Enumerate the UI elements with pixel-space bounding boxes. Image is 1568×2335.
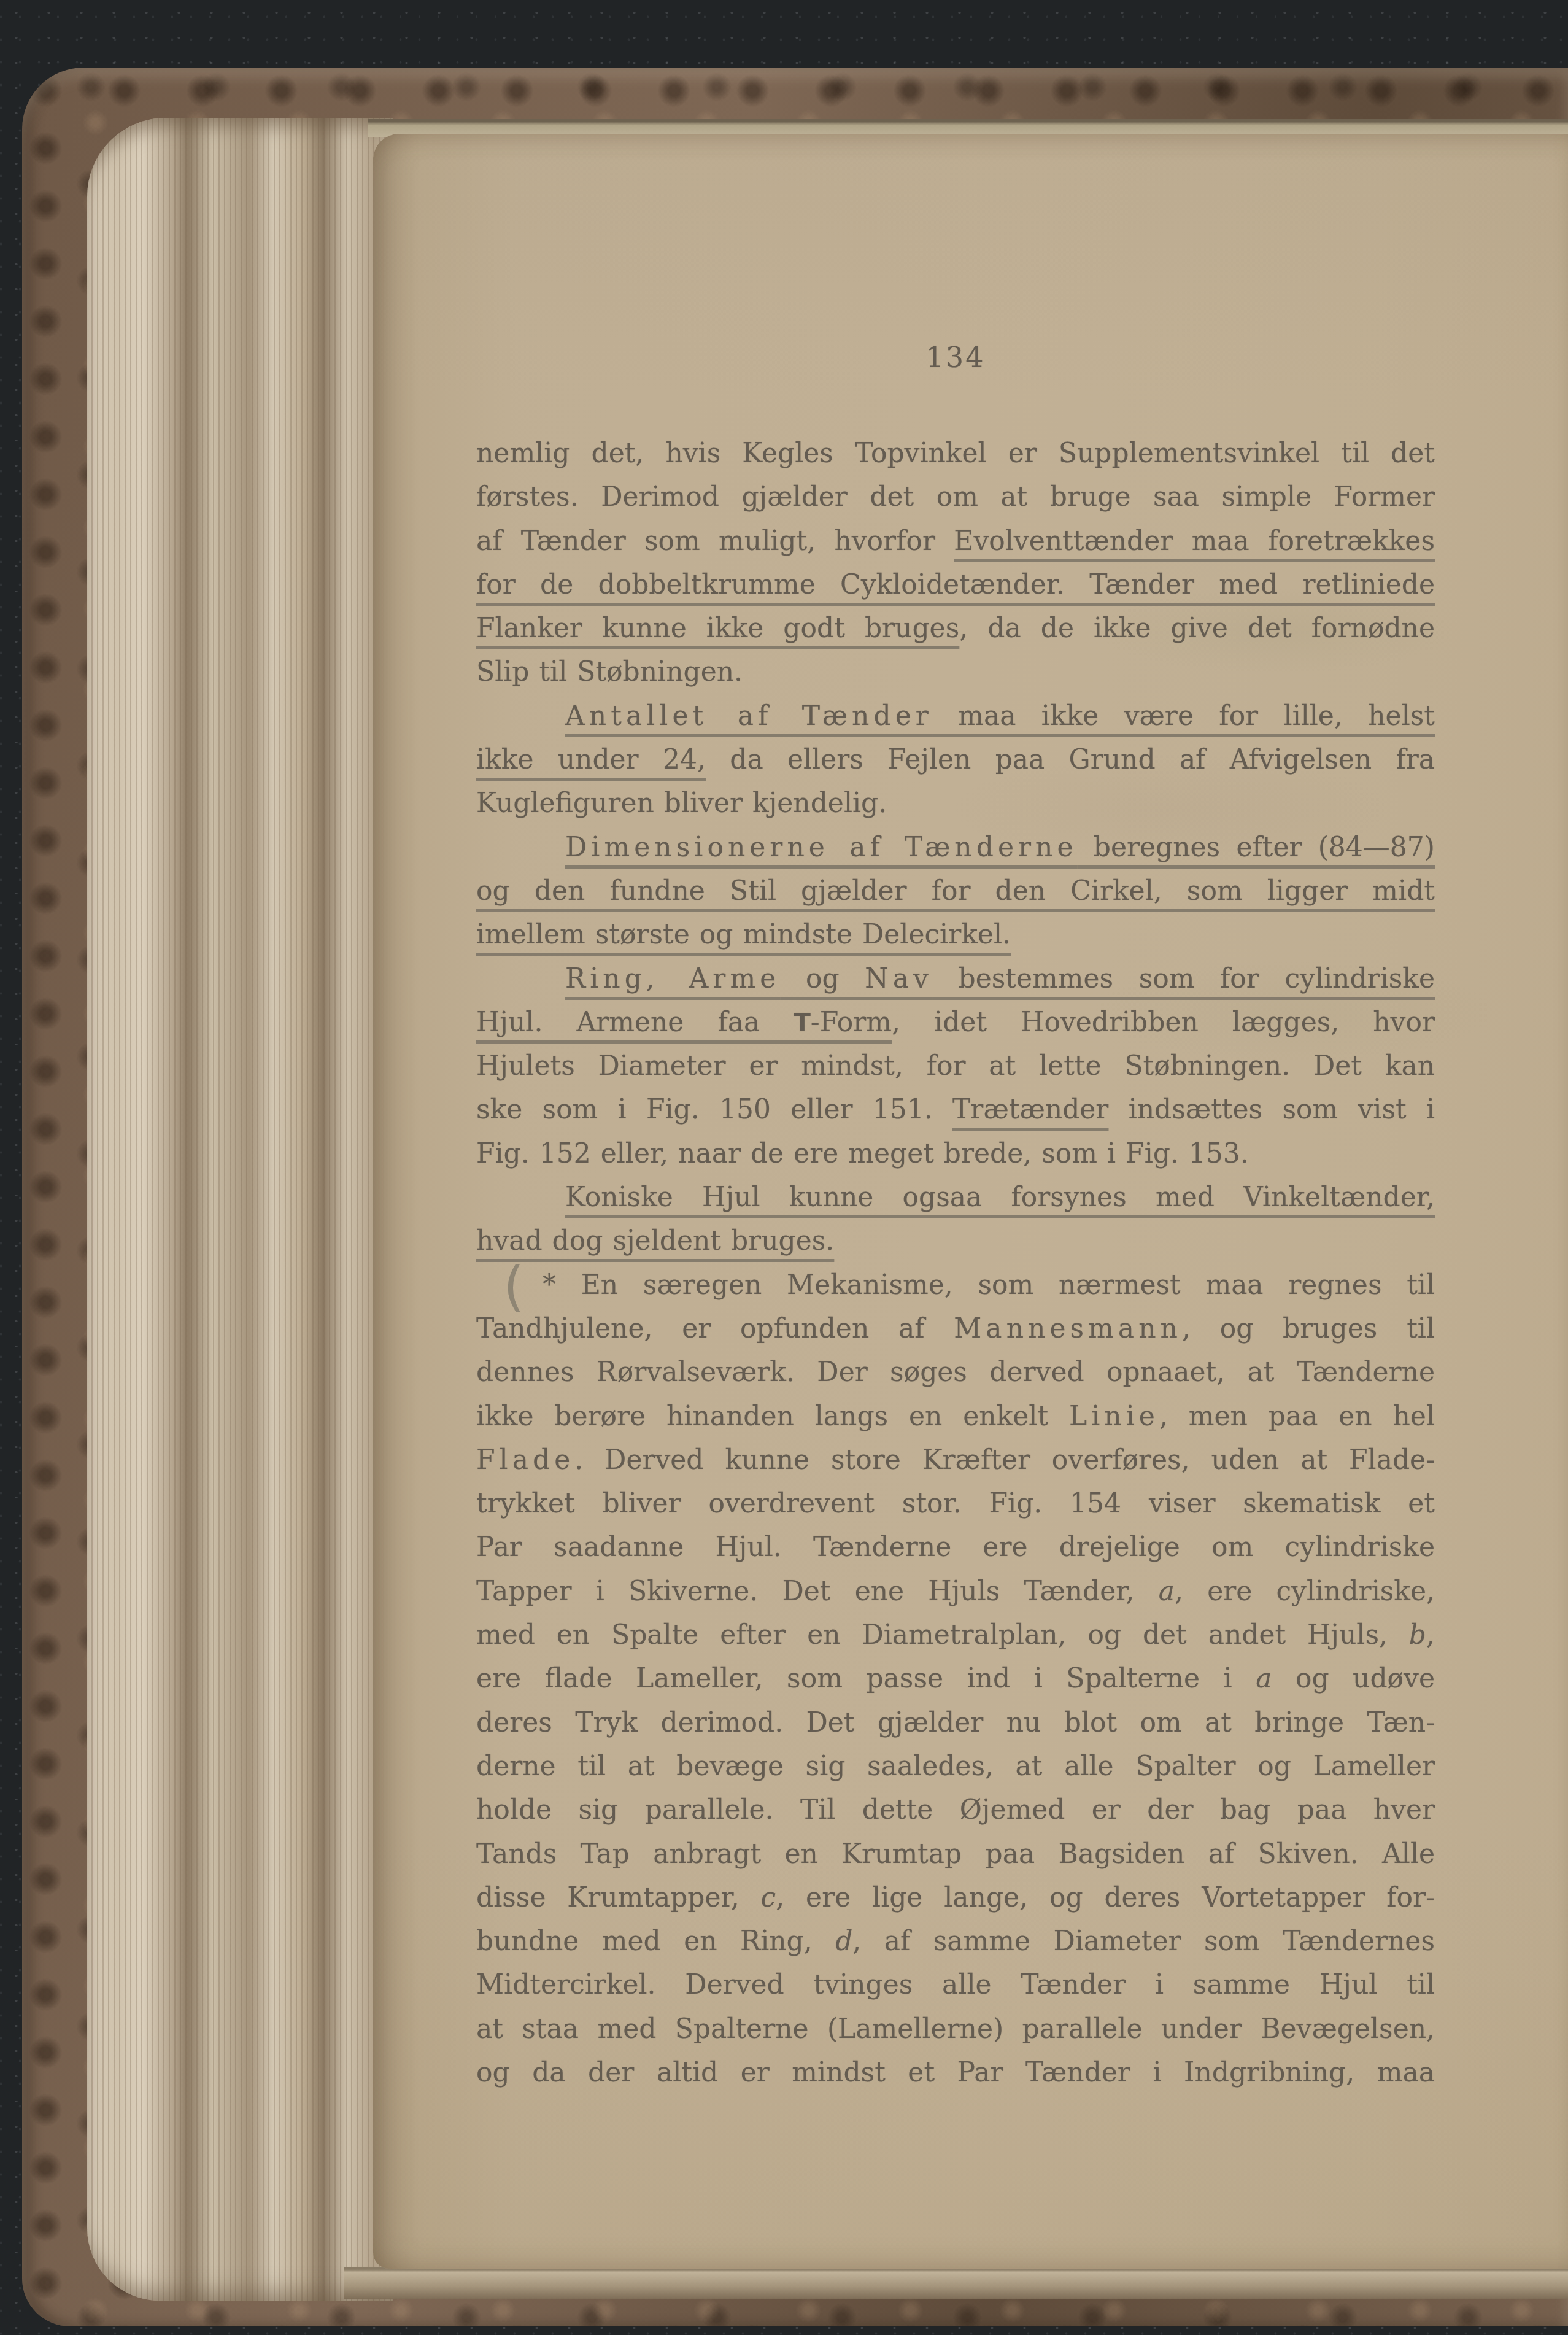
text-segment: ere flade Lameller, som passe ind i Spal… bbox=[476, 1663, 1256, 1694]
text-line: trykket bliver overdrevent stor. Fig. 15… bbox=[476, 1482, 1435, 1525]
text-line: derne til at bevæge sig saaledes, at all… bbox=[476, 1744, 1435, 1788]
text-segment: og udøve bbox=[1272, 1663, 1435, 1694]
text-segment: Slip til Støbningen. bbox=[476, 656, 743, 687]
text-segment: a bbox=[1159, 1576, 1175, 1607]
text-segment: disse Krumtapper, bbox=[476, 1882, 761, 1913]
text-segment: , ere cylindriske, bbox=[1175, 1576, 1435, 1607]
page-number: 134 bbox=[476, 341, 1435, 373]
text-segment: , bbox=[1426, 1619, 1435, 1651]
text-line: Ring, Arme og Nav bestemmes som for cyli… bbox=[476, 957, 1435, 1001]
text-segment: ikke under 24, bbox=[476, 744, 706, 775]
text-line: imellem største og mindste Delecirkel. bbox=[476, 913, 1435, 956]
text-segment: a bbox=[1256, 1663, 1272, 1694]
text-segment: Nav bbox=[865, 963, 933, 994]
text-line: Hjulets Diameter er mindst, for at lette… bbox=[476, 1044, 1435, 1088]
text-segment: Evolventtænder maa foretrækkes bbox=[954, 525, 1435, 557]
text-segment: og da der altid er mindst et Par Tænder … bbox=[476, 2057, 1435, 2088]
text-line: Midtercirkel. Derved tvinges alle Tænder… bbox=[476, 1963, 1435, 2007]
text-line: ikke under 24, da ellers Fejlen paa Grun… bbox=[476, 738, 1435, 781]
text-line: Fig. 152 eller, naar de ere meget brede,… bbox=[476, 1132, 1435, 1175]
text-segment: imellem største og mindste Delecirkel. bbox=[476, 919, 1011, 950]
text-segment: dennes Rørvalseværk. Der søges derved op… bbox=[476, 1357, 1435, 1388]
page-content: 134 nemlig det, hvis Kegles Topvinkel er… bbox=[476, 134, 1435, 2094]
text-segment: c bbox=[761, 1882, 776, 1913]
text-line: at staa med Spalterne (Lamellerne) paral… bbox=[476, 2007, 1435, 2051]
text-segment: Mannesmann bbox=[954, 1313, 1182, 1344]
text-segment: derne til at bevæge sig saaledes, at all… bbox=[476, 1751, 1435, 1782]
text-line: holde sig parallele. Til dette Øjemed er… bbox=[476, 1788, 1435, 1832]
text-line: Tandhjulene, er opfunden af Mannesmann, … bbox=[476, 1307, 1435, 1350]
text-segment: Linie bbox=[1069, 1401, 1159, 1432]
text-segment: nemlig det, hvis Kegles Topvinkel er Sup… bbox=[476, 438, 1435, 469]
text-segment: , ere lige lange, og deres Vortetapper f… bbox=[776, 1882, 1435, 1913]
text-segment: Antallet af Tænder bbox=[565, 700, 933, 732]
text-segment: , og bruges til bbox=[1182, 1313, 1435, 1344]
text-segment: Koniske Hjul kunne ogsaa forsynes med Vi… bbox=[565, 1182, 1435, 1213]
text-segment: Hjulets Diameter er mindst, for at lette… bbox=[476, 1050, 1435, 1082]
text-line: for de dobbeltkrumme Cykloidetænder. Tæn… bbox=[476, 563, 1435, 606]
text-segment: , idet Hovedribben lægges, hvor bbox=[892, 1007, 1435, 1038]
text-segment: Midtercirkel. Derved tvinges alle Tænder… bbox=[476, 1969, 1435, 2000]
text-segment: -Form bbox=[811, 1007, 892, 1038]
text-segment: , da de ikke give det fornødne bbox=[959, 613, 1435, 644]
text-segment: beregnes efter (84—87) bbox=[1078, 832, 1435, 863]
text-line: Dimensionerne af Tænderne beregnes efter… bbox=[476, 826, 1435, 869]
text-line: af Tænder som muligt, hvorfor Evolventtæ… bbox=[476, 519, 1435, 563]
text-segment: og den fundne Stil gjælder for den Cirke… bbox=[476, 875, 1435, 907]
text-line: ere flade Lameller, som passe ind i Spal… bbox=[476, 1657, 1435, 1700]
text-line: og da der altid er mindst et Par Tænder … bbox=[476, 2051, 1435, 2094]
text-segment: Flade bbox=[476, 1444, 574, 1476]
text-line: ikke berøre hinanden langs en enkelt Lin… bbox=[476, 1395, 1435, 1438]
text-segment: d bbox=[835, 1926, 852, 1957]
text-segment: Trætænder bbox=[952, 1094, 1108, 1125]
text-segment: med en Spalte efter en Diametralplan, og… bbox=[476, 1619, 1409, 1651]
text-line: (* En særegen Mekanisme, som nærmest maa… bbox=[476, 1263, 1435, 1307]
text-line: førstes. Derimod gjælder det om at bruge… bbox=[476, 475, 1435, 519]
text-segment: Tandhjulene, er opfunden af bbox=[476, 1313, 954, 1344]
text-segment: Ring, Arme bbox=[565, 963, 780, 994]
text-segment: Flanker kunne ikke godt bruges bbox=[476, 613, 959, 644]
text-line: Antallet af Tænder maa ikke være for lil… bbox=[476, 694, 1435, 738]
text-segment: for de dobbeltkrumme Cykloidetænder. Tæn… bbox=[476, 569, 1435, 600]
text-segment: ske som i Fig. 150 eller 151. bbox=[476, 1094, 952, 1125]
text-segment: trykket bliver overdrevent stor. Fig. 15… bbox=[476, 1488, 1435, 1519]
text-line: Tands Tap anbragt en Krumtap paa Bagside… bbox=[476, 1832, 1435, 1876]
text-line: bundne med en Ring, d, af samme Diameter… bbox=[476, 1919, 1435, 1963]
text-segment: da ellers Fejlen paa Grund af Afvigelsen… bbox=[706, 744, 1435, 775]
text-line: nemlig det, hvis Kegles Topvinkel er Sup… bbox=[476, 432, 1435, 475]
text-segment: førstes. Derimod gjælder det om at bruge… bbox=[476, 481, 1435, 513]
text-line: og den fundne Stil gjælder for den Cirke… bbox=[476, 869, 1435, 913]
text-segment: b bbox=[1409, 1619, 1426, 1651]
text-segment: Hjul. Armene faa bbox=[476, 1007, 794, 1038]
text-segment: . Derved kunne store Kræfter overføres, … bbox=[574, 1444, 1435, 1476]
text-segment: Dimensionerne af Tænderne bbox=[565, 832, 1078, 863]
text-line: Tapper i Skiverne. Det ene Hjuls Tænder,… bbox=[476, 1570, 1435, 1613]
text-line: ske som i Fig. 150 eller 151. Trætænder … bbox=[476, 1088, 1435, 1131]
text-line: Hjul. Armene faa T-Form, idet Hovedribbe… bbox=[476, 1001, 1435, 1044]
text-line: Flade. Derved kunne store Kræfter overfø… bbox=[476, 1438, 1435, 1482]
text-segment: af Tænder som muligt, hvorfor bbox=[476, 525, 954, 557]
text-segment: * En særegen Mekanisme, som nærmest maa … bbox=[543, 1269, 1435, 1301]
text-segment: bestemmes som for cylindriske bbox=[933, 963, 1435, 994]
text-line: Slip til Støbningen. bbox=[476, 650, 1435, 694]
text-line: hvad dog sjeldent bruges. bbox=[476, 1219, 1435, 1263]
text-segment: hvad dog sjeldent bruges. bbox=[476, 1225, 834, 1257]
text-segment: ikke berøre hinanden langs en enkelt bbox=[476, 1401, 1069, 1432]
text-segment: T bbox=[794, 1008, 811, 1037]
scan-background: { "colors": { "background": "#212426", "… bbox=[0, 0, 1568, 2335]
text-segment: Kuglefiguren bliver kjendelig. bbox=[476, 788, 887, 819]
text-line: Koniske Hjul kunne ogsaa forsynes med Vi… bbox=[476, 1175, 1435, 1219]
text-segment: maa ikke være for lille, helst bbox=[933, 700, 1435, 732]
text-segment: og bbox=[780, 963, 865, 994]
text-line: Par saadanne Hjul. Tænderne ere drejelig… bbox=[476, 1525, 1435, 1569]
text-line: disse Krumtapper, c, ere lige lange, og … bbox=[476, 1876, 1435, 1919]
text-segment: Tands Tap anbragt en Krumtap paa Bagside… bbox=[476, 1838, 1435, 1870]
text-segment: deres Tryk derimod. Det gjælder nu blot … bbox=[476, 1707, 1435, 1738]
text-segment: Par saadanne Hjul. Tænderne ere drejelig… bbox=[476, 1531, 1435, 1563]
text-line: med en Spalte efter en Diametralplan, og… bbox=[476, 1613, 1435, 1657]
text-segment: at staa med Spalterne (Lamellerne) paral… bbox=[476, 2013, 1435, 2045]
book-page: 134 nemlig det, hvis Kegles Topvinkel er… bbox=[373, 134, 1568, 2269]
text-line: deres Tryk derimod. Det gjælder nu blot … bbox=[476, 1701, 1435, 1744]
text-segment: , men paa en hel bbox=[1159, 1401, 1435, 1432]
text-segment: Tapper i Skiverne. Det ene Hjuls Tænder, bbox=[476, 1576, 1159, 1607]
page-bottom-edge bbox=[344, 2267, 1568, 2299]
text-line: Flanker kunne ikke godt bruges, da de ik… bbox=[476, 606, 1435, 650]
text-segment: Fig. 152 eller, naar de ere meget brede,… bbox=[476, 1138, 1249, 1169]
text-segment: indsættes som vist i bbox=[1108, 1094, 1435, 1125]
text-line: Kuglefiguren bliver kjendelig. bbox=[476, 781, 1435, 825]
text-block: nemlig det, hvis Kegles Topvinkel er Sup… bbox=[476, 432, 1435, 2094]
text-line: dennes Rørvalseværk. Der søges derved op… bbox=[476, 1350, 1435, 1394]
text-segment: , af samme Diameter som Tændernes bbox=[852, 1926, 1435, 1957]
page-edge-stack bbox=[87, 118, 393, 2301]
text-segment: bundne med en Ring, bbox=[476, 1926, 835, 1957]
text-segment: holde sig parallele. Til dette Øjemed er… bbox=[476, 1794, 1435, 1826]
